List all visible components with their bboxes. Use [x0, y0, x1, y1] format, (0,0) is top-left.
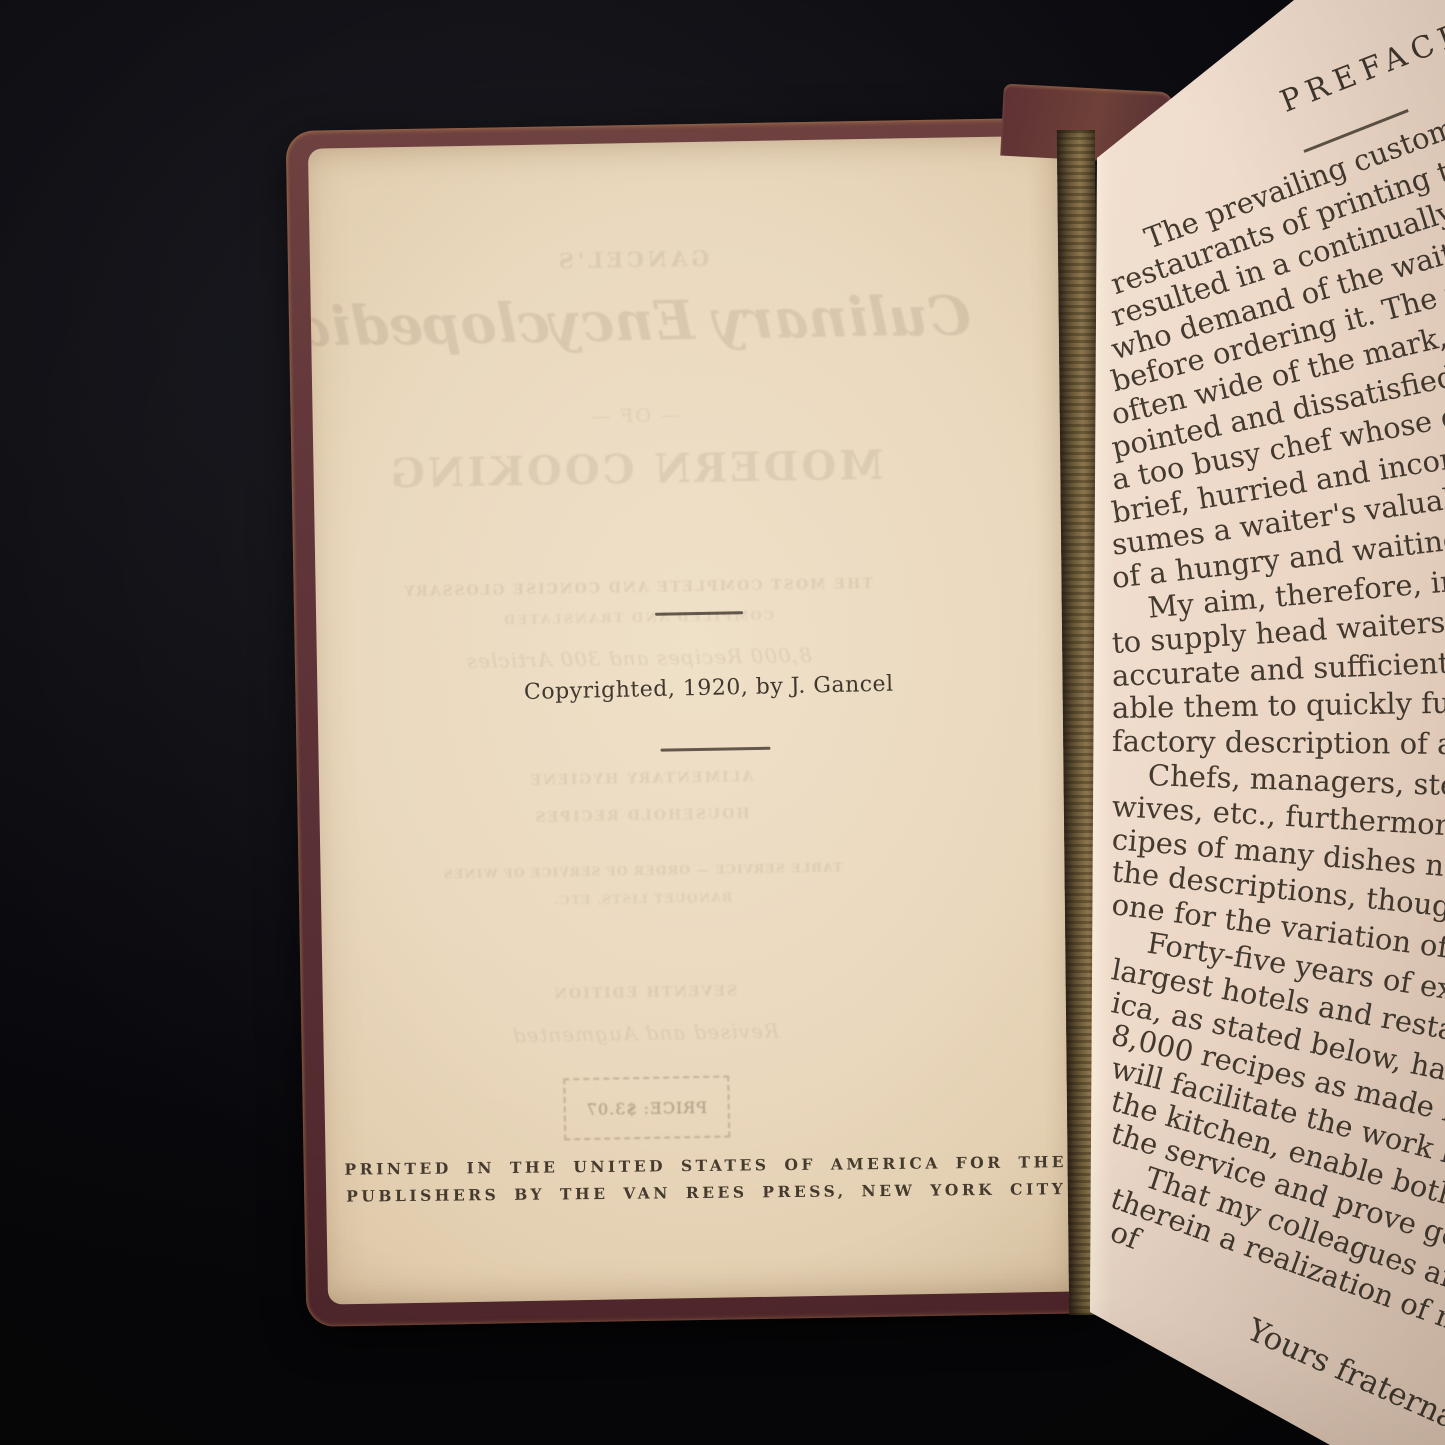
imprint-line-1: PRINTED IN THE UNITED STATES OF AMERICA …	[326, 1152, 1086, 1179]
copyright-line: Copyrighted, 1920, by J. Gancel	[317, 667, 1088, 710]
ghost-bleedthrough-line: THE MOST COMPLETE AND CONCISE GLOSSARY	[308, 573, 1018, 602]
ghost-bleedthrough-line: TABLE SERVICE — ORDER OF SERVICE OF WINE…	[308, 856, 1023, 884]
title-page-bleedthrough: GANCEL'SCulinary Encyclopedia— OF —MODER…	[308, 136, 1030, 1304]
preface-body-line: able them to quickly furnish a pa	[1112, 683, 1445, 726]
ghost-bleedthrough-line: COMPILED AND TRANSLATED	[308, 604, 1018, 632]
ghost-bleedthrough-line: MODERN COOKING	[308, 439, 1016, 499]
ghost-bleedthrough-line: GANCEL'S	[308, 240, 1012, 278]
imprint-line-2: PUBLISHERS BY THE VAN REES PRESS, NEW YO…	[326, 1179, 1086, 1206]
book-left-side: GANCEL'SCulinary Encyclopedia— OF —MODER…	[286, 117, 1109, 1327]
ghost-bleedthrough-line: Culinary Encyclopedia	[308, 282, 1014, 359]
ghost-bleedthrough-line: — OF —	[308, 398, 1015, 433]
ghost-bleedthrough-line: ALIMENTARY HYGIENE	[308, 764, 1021, 793]
preface-heading: PREFACE	[1276, 15, 1445, 120]
ghost-bleedthrough-line: BANQUET LISTS, ETC.	[308, 884, 1023, 912]
copyright-page: GANCEL'SCulinary Encyclopedia— OF —MODER…	[308, 135, 1088, 1304]
ghost-price-box: PRICE: $3.07	[563, 1075, 730, 1140]
rule-below-copyright	[660, 747, 770, 752]
ghost-bleedthrough-line: SEVENTH EDITION	[308, 978, 1025, 1007]
rule-above-copyright	[655, 611, 743, 616]
book-photo: GANCEL'SCulinary Encyclopedia— OF —MODER…	[0, 0, 1445, 1445]
ghost-bleedthrough-line: Revised and Augmented	[308, 1014, 1026, 1051]
ghost-bleedthrough-line: HOUSEHOLD RECIPES	[308, 801, 1022, 830]
